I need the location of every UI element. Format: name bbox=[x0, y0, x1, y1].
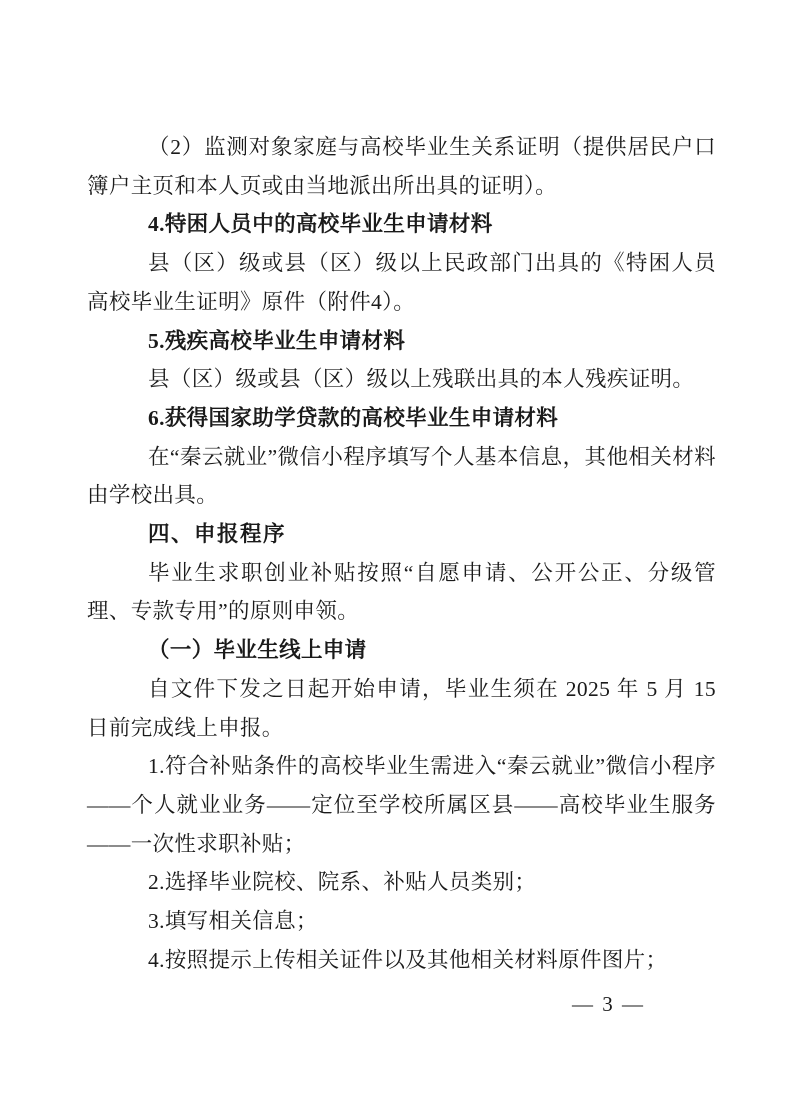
document-page: （2）监测对象家庭与高校毕业生关系证明（提供居民户口簿户主页和本人页或由当地派出… bbox=[0, 0, 800, 1107]
heading-1-online-application: （一）毕业生线上申请 bbox=[87, 631, 716, 670]
para-application-deadline: 自文件下发之日起开始申请，毕业生须在 2025 年 5 月 15 日前完成线上申… bbox=[87, 670, 716, 747]
para-step-3-fill-info: 3.填写相关信息； bbox=[87, 902, 716, 941]
para-step-1-enter-miniprogram: 1.符合补贴条件的高校毕业生需进入“秦云就业”微信小程序——个人就业业务——定位… bbox=[87, 747, 716, 863]
para-disability-certificate: 县（区）级或县（区）级以上残联出具的本人残疾证明。 bbox=[87, 360, 716, 399]
para-step-2-select-school: 2.选择毕业院校、院系、补贴人员类别； bbox=[87, 863, 716, 902]
para-qinyun-fill-info: 在“秦云就业”微信小程序填写个人基本信息，其他相关材料由学校出具。 bbox=[87, 438, 716, 515]
para-application-principles: 毕业生求职创业补贴按照“自愿申请、公开公正、分级管理、专款专用”的原则申领。 bbox=[87, 554, 716, 631]
para-step-4-upload-documents: 4.按照提示上传相关证件以及其他相关材料原件图片； bbox=[87, 941, 716, 980]
para-family-relation-proof: （2）监测对象家庭与高校毕业生关系证明（提供居民户口簿户主页和本人页或由当地派出… bbox=[87, 128, 716, 205]
heading-4-extreme-poverty-materials: 4.特困人员中的高校毕业生申请材料 bbox=[87, 205, 716, 244]
document-body: （2）监测对象家庭与高校毕业生关系证明（提供居民户口簿户主页和本人页或由当地派出… bbox=[87, 128, 716, 979]
heading-6-student-loan-materials: 6.获得国家助学贷款的高校毕业生申请材料 bbox=[87, 399, 716, 438]
para-civil-affairs-certificate: 县（区）级或县（区）级以上民政部门出具的《特困人员高校毕业生证明》原件（附件4）… bbox=[87, 244, 716, 321]
heading-5-disabled-graduate-materials: 5.残疾高校毕业生申请材料 bbox=[87, 322, 716, 361]
page-number: — 3 — bbox=[572, 992, 645, 1017]
heading-section-4-application-procedure: 四、申报程序 bbox=[87, 515, 716, 554]
